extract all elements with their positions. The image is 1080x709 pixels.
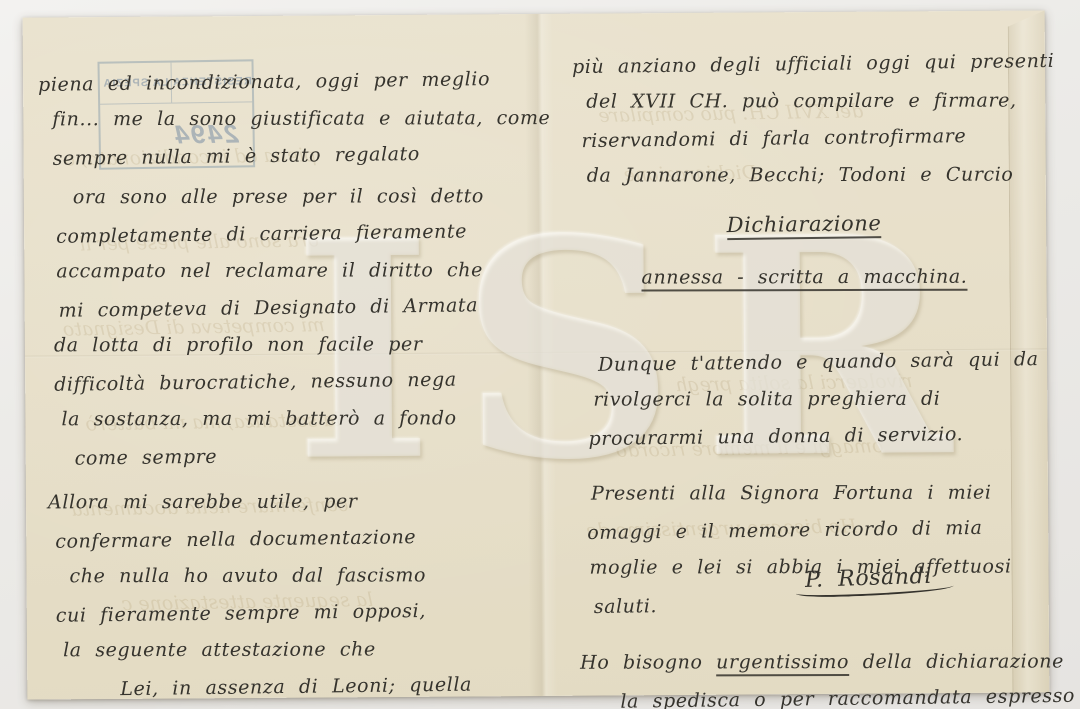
handwriting-line: più anziano degli ufficiali oggi qui pre…	[572, 51, 1038, 78]
handwriting-line: la seguente attestazione che	[63, 639, 530, 661]
handwriting-line: che nulla ho avuto dal fascismo	[70, 565, 530, 587]
handwriting-line: rivolgerci la solita preghiera di	[593, 388, 1040, 410]
handwriting-line: fin... me la sono giustificata e aiutata…	[52, 108, 526, 130]
handwriting-line: del XVII CH. può compilare e firmare,	[586, 90, 1038, 112]
right-page-text: più anziano degli ufficiali oggi qui pre…	[568, 36, 1043, 709]
handwriting-line: Presenti alla Signora Fortuna i miei	[591, 482, 1041, 504]
handwriting-line: omaggi e il memore ricordo di mia	[587, 517, 1041, 544]
handwriting-line: la sostanza, ma mi batterò a fondo	[61, 408, 528, 430]
handwriting-line: accampato nel reclamare il diritto che	[56, 260, 527, 282]
handwriting-line: confermare nella documentazione	[55, 526, 529, 553]
handwriting-line: come sempre	[75, 443, 529, 470]
handwriting-line: da lotta di profilo non facile per	[54, 334, 528, 356]
handwriting-line: la spedisca o per raccomandata espresso	[620, 686, 1042, 709]
scan-background: piena ed incondizionata, oora sono alle …	[0, 0, 1080, 709]
handwriting-line: sempre nulla mi è stato regalato	[52, 143, 526, 170]
handwriting-line: da Jannarone, Becchi; Todoni e Curcio	[587, 164, 1039, 186]
letter-sheet: piena ed incondizionata, oora sono alle …	[23, 10, 1050, 699]
handwriting-line: piena ed incondizionata, oggi per meglio	[38, 69, 526, 96]
handwriting-line: Dunque t'attendo e quando sarà qui da	[598, 349, 1040, 376]
handwriting-line: annessa - scritta a macchina.	[569, 267, 1039, 289]
handwriting-line: Allora mi sarebbe utile, per	[48, 491, 529, 513]
handwriting-line: Dichiarazione	[569, 211, 1039, 238]
handwriting-line: completamente di carriera fieramente	[56, 221, 527, 248]
handwriting-line: Lei, in assenza di Leoni; quella	[120, 674, 530, 700]
left-page-text: piena ed incondizionata, oggi per meglio…	[38, 54, 530, 699]
handwriting-line: riservandomi di farla controfirmare	[581, 125, 1038, 152]
handwriting-line: Ho bisogno urgentissimo della dichiarazi…	[580, 651, 1042, 673]
handwriting-line: mi competeva di Designato di Armata	[59, 295, 528, 322]
handwriting-line: procurarmi una donna di servizio.	[588, 423, 1040, 450]
handwriting-line: cui fieramente sempre mi opposi,	[56, 600, 530, 627]
handwriting-line: ora sono alle prese per il così detto	[73, 186, 527, 208]
handwriting-line: difficoltà burocratiche, nessuno nega	[54, 369, 528, 396]
